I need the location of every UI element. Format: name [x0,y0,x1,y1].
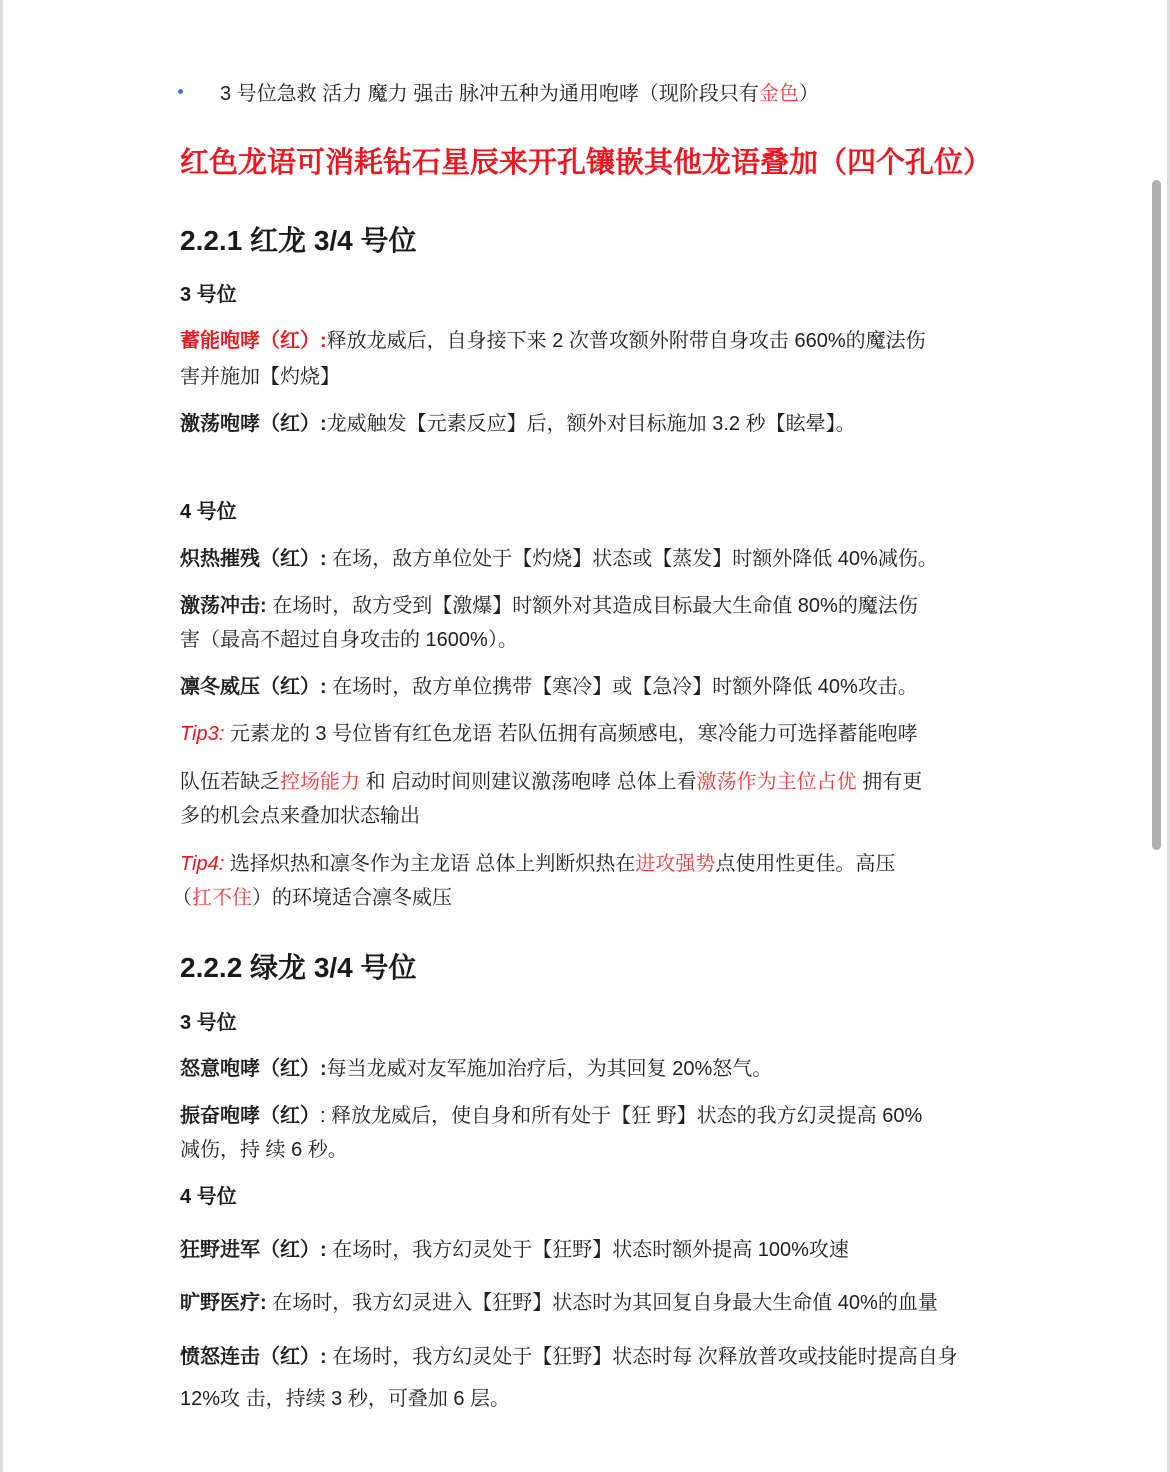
skill-name: 凛冬威压（红）: [180,676,327,698]
tip4-text: 点使用性更佳。高压 [715,853,895,875]
tip3: Tip3: 元素龙的 3 号位皆有红色龙语 若队伍拥有高频感电，寒冷能力可选择蓄… [180,716,918,752]
tip3-highlight-1: 控场能力 [280,771,360,793]
green-skill-4: 旷野医疗: 在场时，我方幻灵进入【狂野】状态时为其回复自身最大生命值 40%的血… [180,1285,938,1321]
skill-desc: 龙威触发【元素反应】后，额外对目标施加 3.2 秒【眩晕】。 [327,413,856,435]
banner-note: 红色龙语可消耗钻石星辰来开孔镶嵌其他龙语叠加（四个孔位） [180,143,992,183]
red-pos4-label: 4 号位 [180,497,237,527]
tip3-text: 拥有更 [857,771,923,793]
tip3-highlight-2: 激荡作为主位占优 [697,771,857,793]
skill-desc: 释放龙威后，自身接下来 2 次普攻额外附带自身攻击 660%的魔法伤 [327,330,926,352]
skill-name: 狂野进军（红）: [180,1239,327,1261]
tip4-line2: （扛不住）的环境适合凛冬威压 [172,880,452,916]
skill-desc: : 释放龙威后，使自身和所有处于【狂 野】状态的我方幻灵提高 60% [320,1105,922,1127]
tip4-text: 选择炽热和凛冬作为主龙语 总体上判断炽热在 [224,853,635,875]
skill-desc: 在场，敌方单位处于【灼烧】状态或【蒸发】时额外降低 40%减伤。 [327,548,938,570]
skill-name: 蓄能咆哮（红）: [180,330,327,352]
green-skill-2-cont: 减伤，持 续 6 秒。 [180,1132,348,1168]
skill-desc: 在场时，敌方受到【激爆】时额外对其造成目标最大生命值 80%的魔法伤 [267,595,918,617]
section-title-red-dragon: 2.2.1 红龙 3/4 号位 [180,221,417,261]
red-pos3-label: 3 号位 [180,280,237,310]
skill-desc: 在场时，我方幻灵处于【狂野】状态时额外提高 100%攻速 [327,1239,849,1261]
tip4: Tip4: 选择炽热和凛冬作为主龙语 总体上判断炽热在进攻强势点使用性更佳。高压 [180,846,895,882]
red-skill-1-cont: 害并施加【灼烧】 [180,359,340,395]
green-skill-3: 狂野进军（红）: 在场时，我方幻灵处于【狂野】状态时额外提高 100%攻速 [180,1232,849,1268]
bullet-highlight: 金色 [759,83,799,105]
skill-name: 振奋咆哮（红） [180,1105,320,1127]
red-skill-5: 凛冬威压（红）: 在场时，敌方单位携带【寒冷】或【急冷】时额外降低 40%攻击。 [180,669,918,705]
skill-name: 旷野医疗: [180,1292,267,1314]
tip3-label: Tip3: [180,723,224,745]
green-skill-1: 怒意咆哮（红）:每当龙威对友军施加治疗后，为其回复 20%怒气。 [180,1051,772,1087]
tip4-label: Tip4: [180,853,224,875]
green-skill-5: 愤怒连击（红）: 在场时，我方幻灵处于【狂野】状态时每 次释放普攻或技能时提高自… [180,1339,958,1375]
green-pos4-label: 4 号位 [180,1182,237,1212]
tip3-line3: 多的机会点来叠加状态输出 [180,798,420,834]
green-skill-2: 振奋咆哮（红）: 释放龙威后，使自身和所有处于【狂 野】状态的我方幻灵提高 60… [180,1098,922,1134]
skill-name: 炽热摧残（红）: [180,548,327,570]
tip3-line1: 元素龙的 3 号位皆有红色龙语 若队伍拥有高频感电，寒冷能力可选择蓄能咆哮 [224,723,917,745]
skill-desc: 在场时，我方幻灵处于【狂野】状态时每 次释放普攻或技能时提高自身 [327,1346,958,1368]
tip3-text: 和 启动时间则建议激荡咆哮 总体上看 [360,771,697,793]
skill-desc: 每当龙威对友军施加治疗后，为其回复 20%怒气。 [327,1058,773,1080]
red-skill-4: 激荡冲击: 在场时，敌方受到【激爆】时额外对其造成目标最大生命值 80%的魔法伤 [180,588,918,624]
skill-name: 激荡冲击: [180,595,267,617]
tip4-text: ）的环境适合凛冬威压 [252,887,452,909]
section-title-green-dragon: 2.2.2 绿龙 3/4 号位 [180,948,417,988]
green-skill-5-cont: 12%攻 击，持续 3 秒，可叠加 6 层。 [180,1381,510,1417]
bullet-text: 3 号位急救 活力 魔力 强击 脉冲五种为通用咆哮（现阶段只有 [220,83,759,105]
red-skill-1: 蓄能咆哮（红）:释放龙威后，自身接下来 2 次普攻额外附带自身攻击 660%的魔… [180,323,926,359]
skill-name: 怒意咆哮（红）: [180,1058,327,1080]
red-skill-3: 炽热摧残（红）: 在场，敌方单位处于【灼烧】状态或【蒸发】时额外降低 40%减伤… [180,541,938,577]
bullet-tail: ） [799,83,819,105]
left-border [0,0,3,1472]
tip4-highlight-2: 扛不住 [192,887,252,909]
skill-desc: 在场时，敌方单位携带【寒冷】或【急冷】时额外降低 40%攻击。 [327,676,918,698]
red-skill-2: 激荡咆哮（红）:龙威触发【元素反应】后，额外对目标施加 3.2 秒【眩晕】。 [180,406,856,442]
tip3-line2: 队伍若缺乏控场能力 和 启动时间则建议激荡咆哮 总体上看激荡作为主位占优 拥有更 [180,764,922,800]
skill-name: 激荡咆哮（红）: [180,413,327,435]
tip4-text: （ [172,887,192,909]
green-pos3-label: 3 号位 [180,1008,237,1038]
tip3-text: 队伍若缺乏 [180,771,280,793]
tip4-highlight: 进攻强势 [635,853,715,875]
scrollbar-thumb[interactable] [1152,180,1161,850]
bullet-dot-icon [178,89,183,94]
skill-desc: 在场时，我方幻灵进入【狂野】状态时为其回复自身最大生命值 40%的血量 [267,1292,938,1314]
skill-name: 愤怒连击（红）: [180,1346,327,1368]
red-skill-4-cont: 害（最高不超过自身攻击的 1600%）。 [180,622,518,658]
